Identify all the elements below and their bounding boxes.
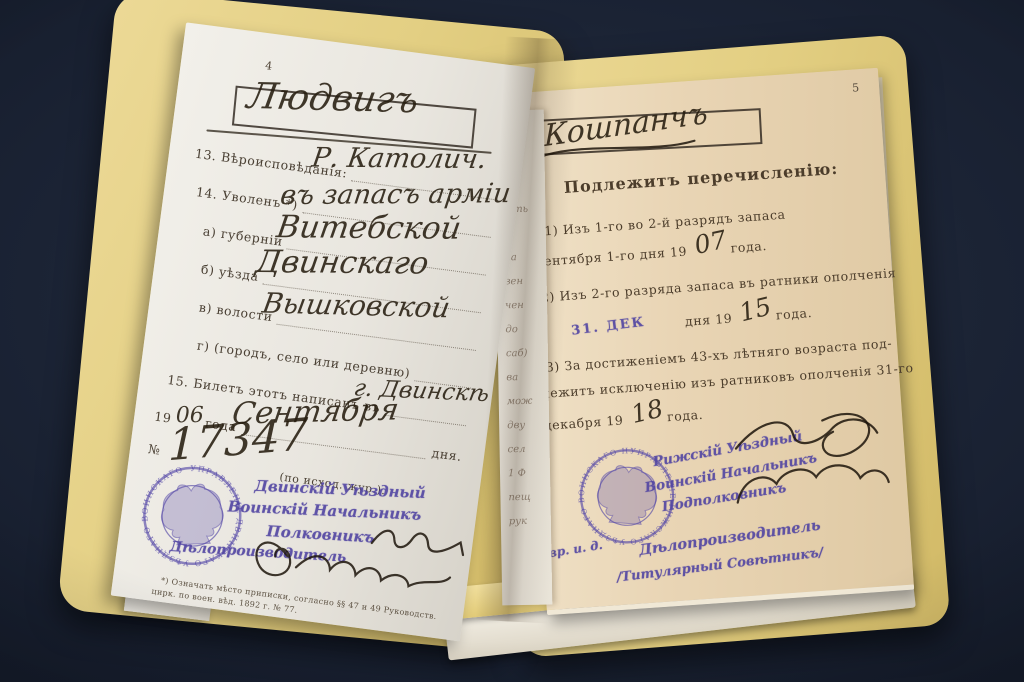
uyezd-handwritten: Двинскаго [253, 244, 431, 281]
item3-year-handwritten: 18 [628, 394, 666, 429]
bleed-fragment: чен [505, 300, 547, 312]
right-page: 5 Кошпанчъ Подлежитъ перечисленію: 1) Из… [511, 68, 915, 615]
bleed-fragment: вен [505, 276, 547, 288]
item2-year-handwritten: 15 [737, 291, 775, 327]
page-number: 4 [264, 59, 273, 73]
uyezd-label: б) уѣзда [200, 261, 260, 283]
religion-handwritten: Р. Католич. [310, 143, 489, 175]
transfer-item1-line2-post: года. [730, 238, 767, 255]
left-page: 4 Людвигъ 13. Вѣроисповѣданія: Р. Католи… [111, 22, 535, 641]
governorate-handwritten: Витебской [274, 209, 463, 247]
item1-year-handwritten: 07 [692, 225, 729, 260]
volost-handwritten: Вышковской [260, 287, 453, 325]
transfer-item2-line2-pre: дня 19 [684, 311, 732, 329]
bleed-fragment: мож [507, 396, 549, 408]
bleed-fragment: пещ [508, 492, 550, 504]
page-number: 5 [852, 81, 860, 94]
day-label: дня. [431, 445, 463, 464]
bleed-fragment: дву [507, 420, 549, 432]
first-name-handwritten: Людвигъ [244, 76, 422, 121]
transfer-item3-line3-pre: декабря 19 [543, 412, 624, 433]
bleed-fragment: рук [509, 516, 551, 528]
transfer-item2-line2-post: года. [775, 305, 812, 322]
bleed-fragment: саб) [506, 348, 548, 360]
transfer-item1-line2-pre: сентября 1-го дня 19 [536, 244, 688, 269]
bleed-fragment: сел [508, 444, 550, 456]
discharged-handwritten: въ запасъ арміи [278, 178, 512, 211]
acting-note-handwritten: вр. и. д. [548, 538, 604, 560]
official-round-stamp: УПРАВЛЕНІЕ ДВИНСКАГО УѢЗДНАГО ВОИНСКАГО … [127, 451, 257, 581]
stamp-office-line1: Двинскій Уѣздный [254, 477, 426, 502]
transfer-item3-line3-post: года. [667, 407, 704, 424]
bleed-fragment: ва [506, 372, 548, 384]
bleed-fragment: 1 Ф [508, 468, 550, 480]
bleed-fragment: до [505, 324, 547, 336]
city-village-label: г) (городъ, село или деревню) [196, 337, 411, 380]
transfer-item1-line1: 1) Изъ 1-го во 2-й разрядъ запаса [544, 207, 786, 239]
date-stamp-31-dec: 31. ДЕК [571, 315, 647, 339]
photo-of-military-booklet: 5 Кошпанчъ Подлежитъ перечисленію: 1) Из… [0, 0, 1024, 682]
transfer-item2-line1: 2) Изъ 2-го разряда запаса въ ратники оп… [540, 265, 896, 305]
